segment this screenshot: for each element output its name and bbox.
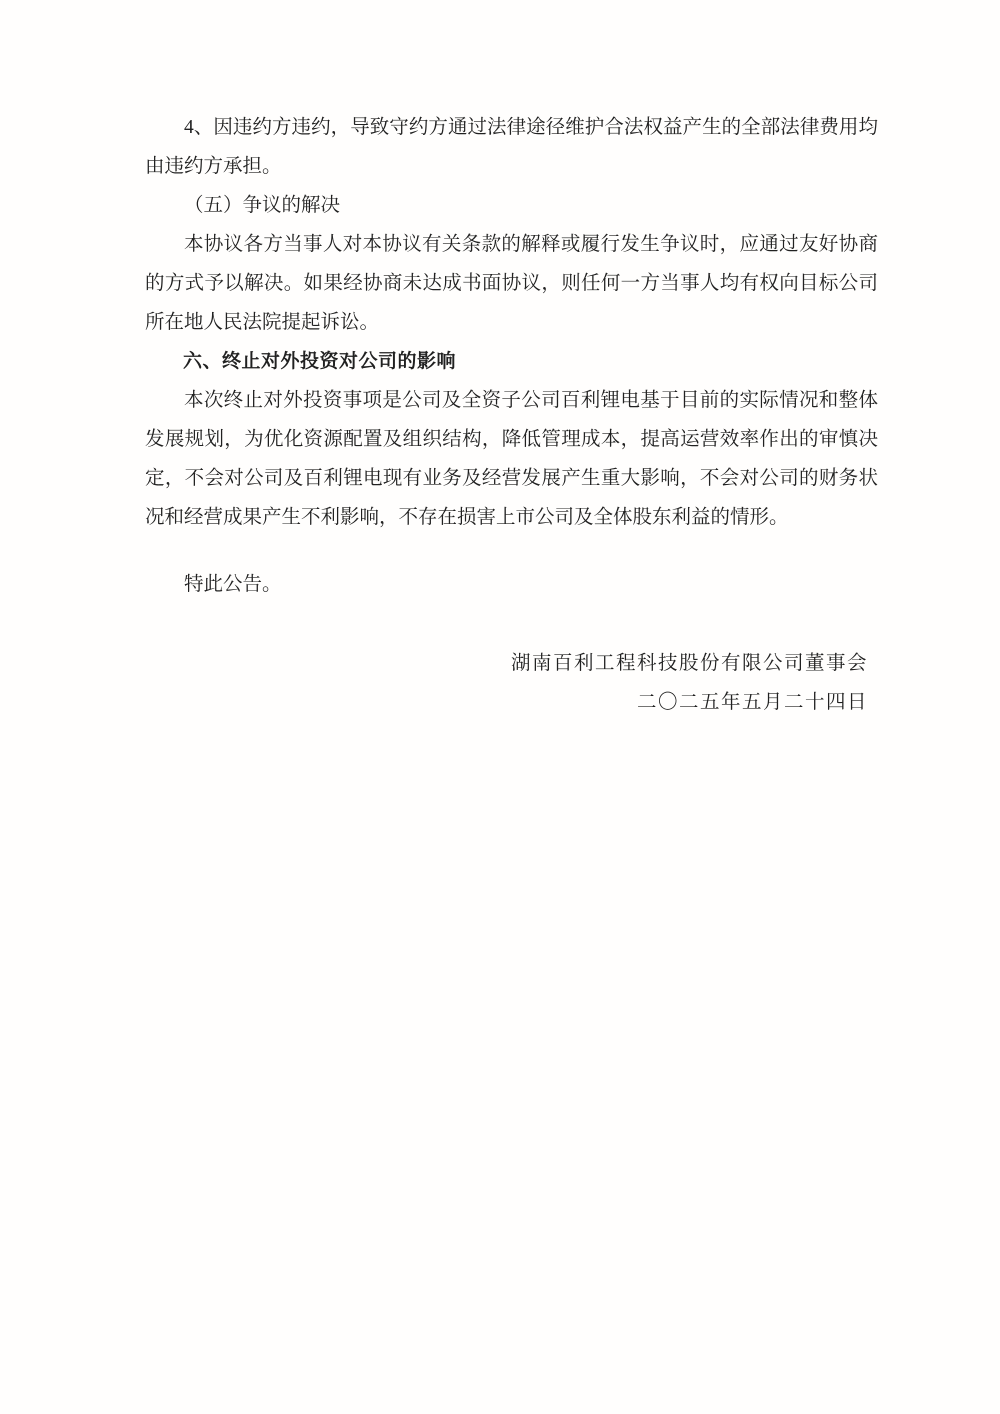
signature-block: 湖南百利工程科技股份有限公司董事会 二〇二五年五月二十四日 xyxy=(145,644,878,722)
paragraph-clause-4: 4、因违约方违约，导致守约方通过法律途径维护合法权益产生的全部法律费用均由违约方… xyxy=(145,108,878,186)
section-6-heading: 六、终止对外投资对公司的影响 xyxy=(145,342,878,381)
signature-company: 湖南百利工程科技股份有限公司董事会 xyxy=(145,644,868,683)
section-5-heading: （五）争议的解决 xyxy=(145,186,878,225)
signature-date: 二〇二五年五月二十四日 xyxy=(145,683,868,722)
paragraph-dispute-resolution: 本协议各方当事人对本协议有关条款的解释或履行发生争议时，应通过友好协商的方式予以… xyxy=(145,225,878,342)
closing-statement: 特此公告。 xyxy=(145,565,878,604)
paragraph-impact-statement: 本次终止对外投资事项是公司及全资子公司百利锂电基于目前的实际情况和整体发展规划，… xyxy=(145,381,878,537)
announcement-page: 4、因违约方违约，导致守约方通过法律途径维护合法权益产生的全部法律费用均由违约方… xyxy=(0,0,1000,1414)
